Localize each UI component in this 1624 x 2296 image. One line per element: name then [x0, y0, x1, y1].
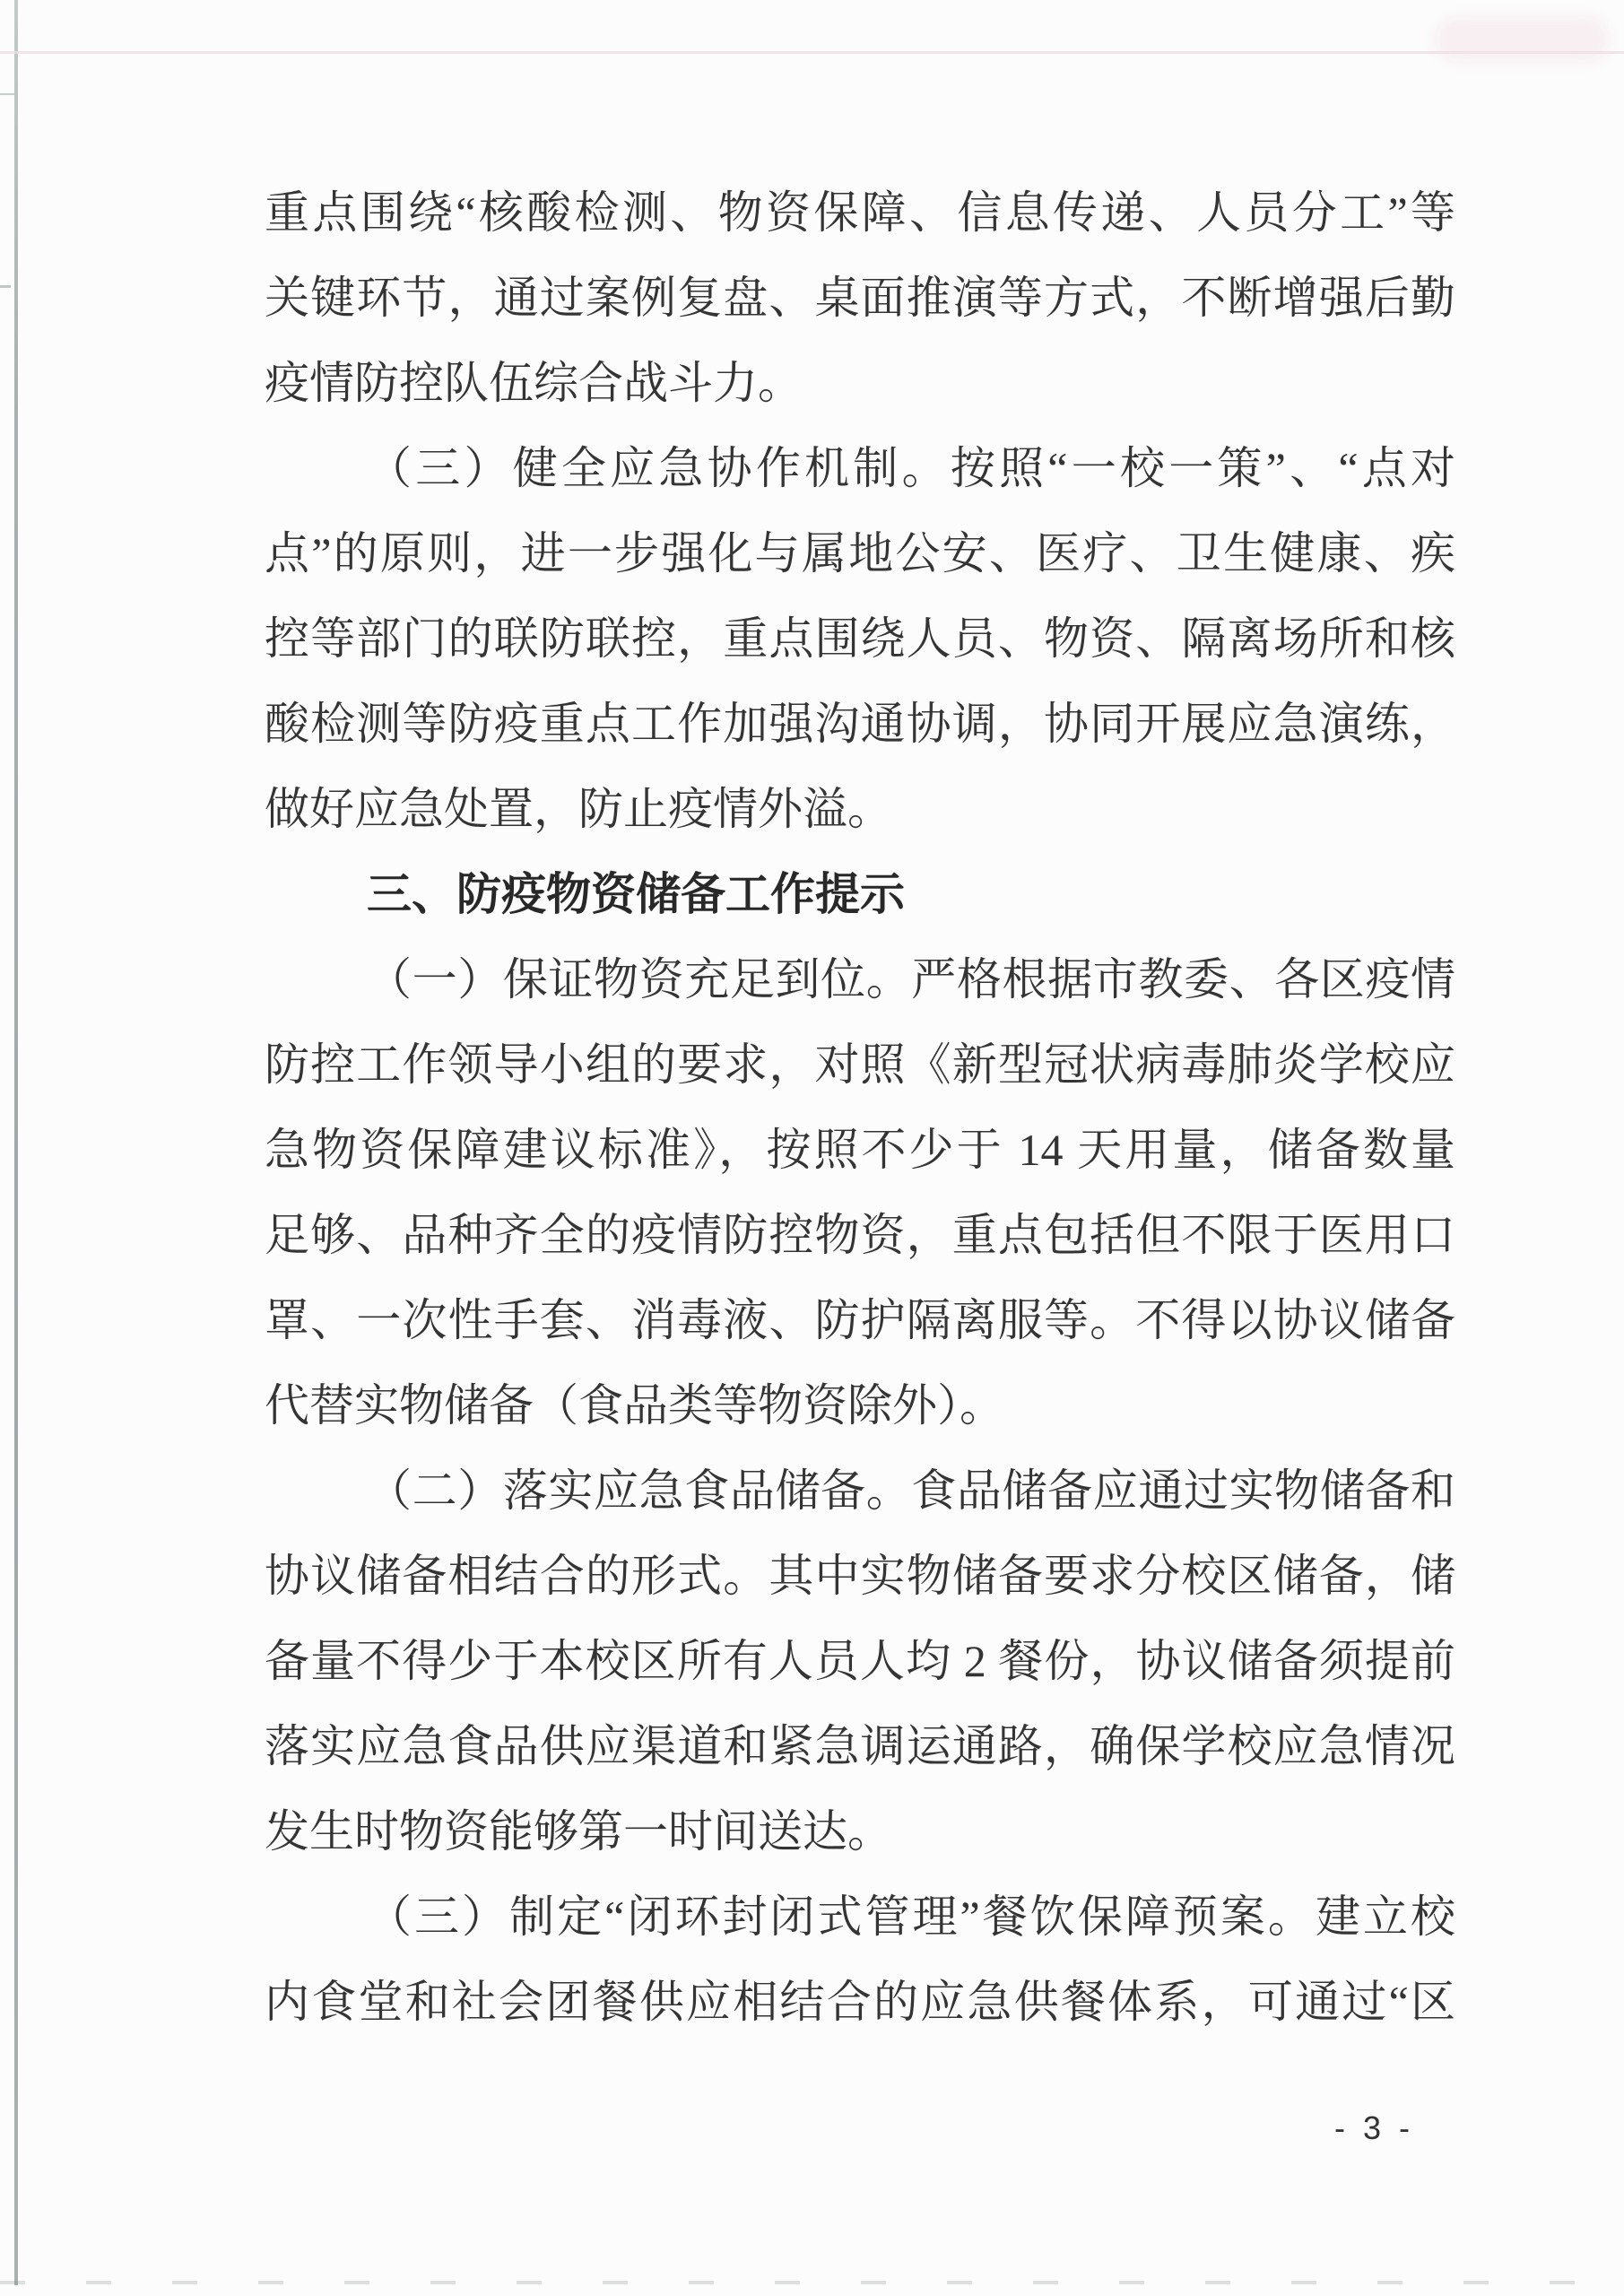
text-line: 备量不得少于本校区所有人员人均 2 餐份，协议储备须提前 — [265, 1619, 1455, 1704]
text-line: 重点围绕“核酸检测、物资保障、信息传递、人员分工”等 — [265, 170, 1455, 256]
text-line: （三）制定“闭环封闭式管理”餐饮保障预案。建立校 — [265, 1874, 1455, 1960]
text-line: 防控工作领导小组的要求，对照《新型冠状病毒肺炎学校应 — [265, 1022, 1455, 1108]
text-line: 酸检测等防疫重点工作加强沟通协调，协同开展应急演练， — [265, 682, 1455, 767]
text-line: 协议储备相结合的形式。其中实物储备要求分校区储备，储 — [265, 1534, 1455, 1619]
text-line: 落实应急食品供应渠道和紧急调运通路，确保学校应急情况 — [265, 1704, 1455, 1789]
text-line: （一）保证物资充足到位。严格根据市教委、各区疫情 — [265, 937, 1455, 1022]
text-line: 内食堂和社会团餐供应相结合的应急供餐体系，可通过“区 — [265, 1960, 1455, 2045]
scanned-document-page: 重点围绕“核酸检测、物资保障、信息传递、人员分工”等 关键环节，通过案例复盘、桌… — [0, 0, 1624, 2296]
text-line: 代替实物储备（食品类等物资除外）。 — [265, 1363, 1455, 1448]
scan-bottom-speckles — [0, 2281, 1624, 2284]
text-line: （三）健全应急协作机制。按照“一校一策”、“点对 — [265, 426, 1455, 511]
scan-left-tick-upper — [0, 93, 14, 95]
text-line: 控等部门的联防联控，重点围绕人员、物资、隔离场所和核 — [265, 596, 1455, 682]
scan-top-line — [0, 51, 1624, 54]
text-line: 做好应急处置，防止疫情外溢。 — [265, 767, 1455, 852]
text-line: 点”的原则，进一步强化与属地公安、医疗、卫生健康、疾 — [265, 511, 1455, 596]
page-number: - 3 - — [1334, 2106, 1414, 2151]
text-line: （二）落实应急食品储备。食品储备应通过实物储备和 — [265, 1448, 1455, 1534]
text-line: 足够、品种齐全的疫情防控物资，重点包括但不限于医用口 — [265, 1193, 1455, 1278]
text-line: 罩、一次性手套、消毒液、防护隔离服等。不得以协议储备 — [265, 1278, 1455, 1363]
section-heading: 三、防疫物资储备工作提示 — [265, 852, 1455, 937]
document-body: 重点围绕“核酸检测、物资保障、信息传递、人员分工”等 关键环节，通过案例复盘、桌… — [265, 170, 1455, 2045]
text-line: 急物资保障建议标准》，按照不少于 14 天用量，储备数量 — [265, 1108, 1455, 1193]
text-line: 发生时物资能够第一时间送达。 — [265, 1789, 1455, 1874]
text-line: 疫情防控队伍综合战斗力。 — [265, 341, 1455, 426]
scan-corner-smudge — [1435, 16, 1610, 63]
scan-left-tick-lower — [0, 285, 11, 288]
text-line: 关键环节，通过案例复盘、桌面推演等方式，不断增强后勤 — [265, 256, 1455, 341]
scan-left-edge-line — [14, 0, 18, 2285]
